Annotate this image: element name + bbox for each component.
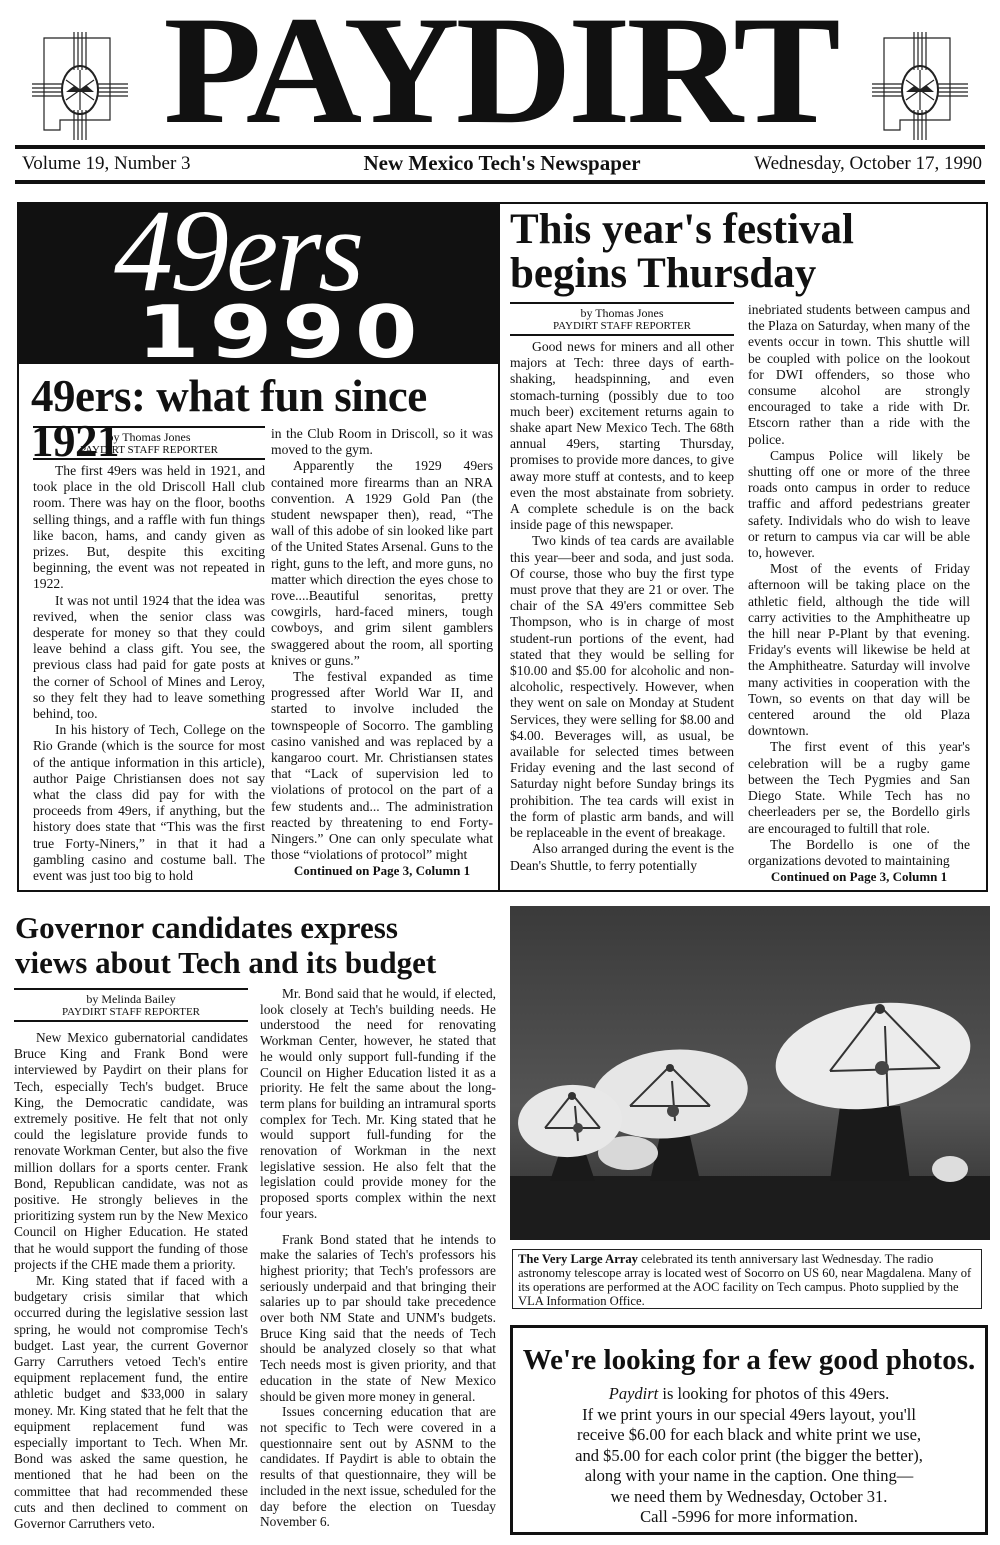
ad-line: we need them by Wednesday, October 31. <box>513 1487 985 1508</box>
49ers-1990-banner: 49ers 1990 <box>19 204 500 364</box>
paragraph: Campus Police will likely be shutting of… <box>748 448 970 561</box>
ad-body: Paydirt is looking for photos of this 49… <box>513 1384 985 1528</box>
byline-author: by Thomas Jones <box>510 307 734 320</box>
paragraph: Also arranged during the event is the De… <box>510 841 734 873</box>
zia-sun-emblem-icon <box>870 30 970 140</box>
headline-line: Governor candidates express <box>15 910 436 945</box>
continued-link[interactable]: Continued on Page 3, Column 1 <box>271 863 493 879</box>
ad-line: If we print yours in our special 49ers l… <box>513 1405 985 1426</box>
ad-line: is looking for photos of this 49ers. <box>658 1384 889 1403</box>
paragraph: It was not until 1924 that the idea was … <box>33 593 265 723</box>
paragraph: Frank Bond stated that he intends to mak… <box>260 1232 496 1405</box>
byline-staff: PAYDIRT STAFF REPORTER <box>14 1006 248 1019</box>
ad-title: We're looking for a few good photos. <box>513 1344 985 1376</box>
ad-line: along with your name in the caption. One… <box>513 1466 985 1487</box>
byline: by Thomas Jones PAYDIRT STAFF REPORTER <box>510 302 734 336</box>
zia-sun-emblem-icon <box>30 30 130 140</box>
masthead: PAYDIRT Volume 19, Number 3 New Mexico T… <box>0 0 1000 190</box>
article-49ers-history: 49ers 1990 49ers: what fun since 1921 by… <box>17 202 500 892</box>
masthead-rule-top <box>15 145 985 149</box>
paragraph: The first 49ers was held in 1921, and to… <box>33 463 265 593</box>
byline: by Thomas Jones PAYDIRT STAFF REPORTER <box>33 426 265 460</box>
banner-year-text: 1990 <box>137 296 427 368</box>
article-49ers-column-1: by Thomas Jones PAYDIRT STAFF REPORTER T… <box>33 426 265 884</box>
volume-number: Volume 19, Number 3 <box>22 153 191 175</box>
paragraph: New Mexico gubernatorial candidates Bruc… <box>14 1030 248 1273</box>
caption-bold: The Very Large Array <box>518 1252 638 1266</box>
masthead-rule-bottom <box>15 180 985 184</box>
article-49ers-column-2: in the Club Room in Driscoll, so it was … <box>271 426 493 880</box>
headline-festival: This year's festival begins Thursday <box>510 208 854 296</box>
byline-author: by Melinda Bailey <box>14 993 248 1006</box>
paragraph: Issues concerning education that are not… <box>260 1404 496 1530</box>
paragraph: Mr. King stated that if faced with a bud… <box>14 1273 248 1532</box>
masthead-info-bar: Volume 19, Number 3 New Mexico Tech's Ne… <box>22 153 982 177</box>
article-festival-column-1: by Thomas Jones PAYDIRT STAFF REPORTER G… <box>510 302 734 874</box>
headline-line: begins Thursday <box>510 252 854 296</box>
ad-line: and $5.00 for each color print (the bigg… <box>513 1446 985 1467</box>
paragraph: The first event of this year's celebrati… <box>748 739 970 836</box>
photo-caption: The Very Large Array celebrated its tent… <box>512 1249 982 1309</box>
headline-line: views about Tech and its budget <box>15 945 436 980</box>
paragraph: Mr. Bond said that he would, if elected,… <box>260 986 496 1222</box>
newspaper-subtitle: New Mexico Tech's Newspaper <box>322 151 682 176</box>
article-festival-column-2: inebriated students between campus and t… <box>748 302 970 885</box>
ad-line: receive $6.00 for each black and white p… <box>513 1425 985 1446</box>
paragraph: inebriated students between campus and t… <box>748 302 970 448</box>
paragraph: In his history of Tech, College on the R… <box>33 722 265 884</box>
article-festival: This year's festival begins Thursday by … <box>500 202 988 892</box>
continued-link[interactable]: Continued on Page 3, Column 1 <box>748 869 970 885</box>
byline: by Melinda Bailey PAYDIRT STAFF REPORTER <box>14 988 248 1022</box>
article-governor-column-2: Mr. Bond said that he would, if elected,… <box>260 986 496 1530</box>
vla-photo <box>510 906 990 1240</box>
byline-staff: PAYDIRT STAFF REPORTER <box>510 320 734 333</box>
article-governor-column-1: by Melinda Bailey PAYDIRT STAFF REPORTER… <box>14 988 248 1532</box>
paragraph: Two kinds of tea cards are available thi… <box>510 533 734 841</box>
byline-author: by Thomas Jones <box>33 431 265 444</box>
paragraph: Most of the events of Friday afternoon w… <box>748 561 970 739</box>
issue-date: Wednesday, October 17, 1990 <box>754 153 982 175</box>
paragraph: Good news for miners and all other major… <box>510 339 734 533</box>
ad-phone-line: Call -5996 for more information. <box>513 1507 985 1528</box>
newspaper-title: PAYDIRT <box>143 0 857 148</box>
headline-line: This year's festival <box>510 208 854 252</box>
paragraph: The festival expanded as time progressed… <box>271 669 493 863</box>
paragraph: in the Club Room in Driscoll, so it was … <box>271 426 493 458</box>
radio-telescope-dishes-image <box>510 906 990 1240</box>
photo-request-ad: We're looking for a few good photos. Pay… <box>510 1325 988 1535</box>
byline-staff: PAYDIRT STAFF REPORTER <box>33 444 265 457</box>
ad-paydirt: Paydirt <box>609 1384 659 1403</box>
paragraph: The Bordello is one of the organizations… <box>748 837 970 869</box>
paragraph: Apparently the 1929 49ers contained more… <box>271 458 493 669</box>
headline-governor: Governor candidates express views about … <box>15 910 436 980</box>
